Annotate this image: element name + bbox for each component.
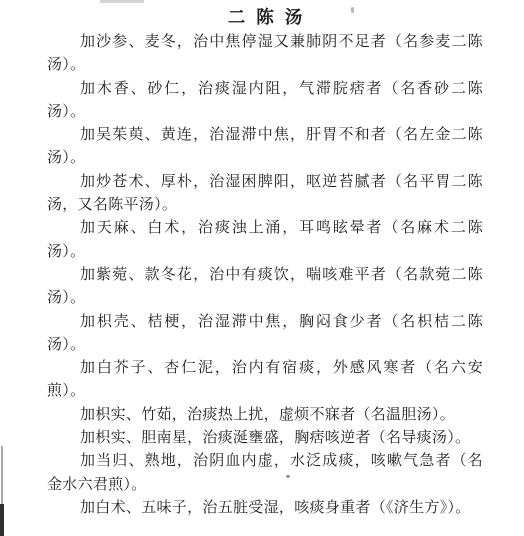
text-line: 汤，又名陈平汤）。: [47, 194, 483, 217]
scanned-page: 二陈汤 加沙参、麦冬，治中焦停湿又兼肺阴不足者（名参麦二陈汤）。加木香、砂仁，治…: [47, 4, 483, 520]
text-line: 汤）。: [47, 101, 483, 124]
scan-artifact-top-smudge: [100, 0, 144, 3]
text-line: 加吴茱萸、黄连，治湿滞中焦，肝胃不和者（名左金二陈: [47, 124, 483, 147]
text-line: 加炒苍术、厚朴，治湿困脾阳，呕逆苔腻者（名平胃二陈: [47, 171, 483, 194]
text-line: 金水六君煎）。: [47, 474, 483, 497]
scan-artifact-edge-dark: [0, 504, 4, 536]
text-line: 加白芥子、杏仁泥，治内有宿痰，外感风寒者（名六安: [47, 357, 483, 380]
text-line: 加白术、五味子，治五脏受湿，咳痰身重者（《济生方》）。: [47, 497, 483, 520]
text-line: 加枳壳、桔梗，治湿滞中焦，胸闷食少者（名枳桔二陈: [47, 311, 483, 334]
scan-artifact-edge-line: [1, 446, 3, 504]
text-line: 加当归、熟地，治阴血内虚，水泛成痰，咳嗽气急者（名: [47, 450, 483, 473]
text-line: 加枳实、胆南星，治痰涎壅盛，胸痞咳逆者（名导痰汤）。: [47, 427, 483, 450]
text-line: 汤）。: [47, 147, 483, 170]
text-line: 汤）。: [47, 241, 483, 264]
text-line: 汤）。: [47, 54, 483, 77]
text-line: 汤）。: [47, 287, 483, 310]
formula-title: 二陈汤: [47, 4, 483, 31]
scan-artifact-speck-mid: [286, 475, 290, 478]
text-line: 煎）。: [47, 380, 483, 403]
text-line: 加沙参、麦冬，治中焦停湿又兼肺阴不足者（名参麦二陈: [47, 31, 483, 54]
text-line: 汤）。: [47, 334, 483, 357]
formula-variations-list: 加沙参、麦冬，治中焦停湿又兼肺阴不足者（名参麦二陈汤）。加木香、砂仁，治痰湿内阻…: [47, 31, 483, 520]
text-line: 加紫菀、款冬花，治中有痰饮，喘咳难平者（名款菀二陈: [47, 264, 483, 287]
text-line: 加天麻、白术，治痰浊上涌，耳鸣眩晕者（名麻术二陈: [47, 217, 483, 240]
scan-artifact-speck-top: [351, 7, 354, 13]
text-line: 加木香、砂仁，治痰湿内阻，气滞脘痞者（名香砂二陈: [47, 78, 483, 101]
text-line: 加枳实、竹茹，治痰热上扰，虚烦不寐者（名温胆汤）。: [47, 404, 483, 427]
